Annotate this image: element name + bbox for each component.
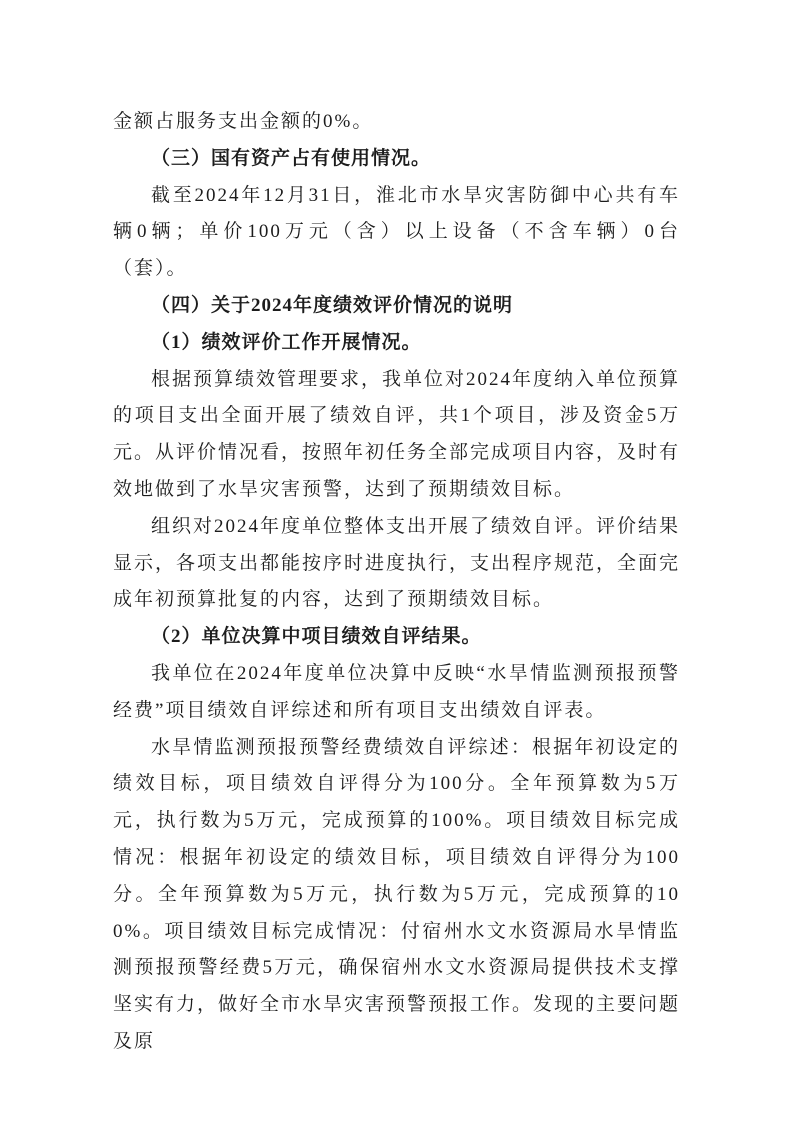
- section-heading: （四）关于2024年度绩效评价情况的说明: [113, 288, 680, 325]
- document-page: 金额占服务支出金额的0%。（三）国有资产占有使用情况。截至2024年12月31日…: [0, 0, 793, 1122]
- section-heading: （2）单位决算中项目绩效自评结果。: [113, 619, 680, 656]
- paragraph: 截至2024年12月31日，淮北市水旱灾害防御中心共有车辆0辆；单价100万元（…: [113, 178, 680, 288]
- paragraph: 水旱情监测预报预警经费绩效自评综述：根据年初设定的绩效目标，项目绩效自评得分为1…: [113, 730, 680, 1061]
- paragraph: 组织对2024年度单位整体支出开展了绩效自评。评价结果显示，各项支出都能按序时进…: [113, 509, 680, 619]
- paragraph: 金额占服务支出金额的0%。: [113, 104, 680, 141]
- section-heading: （1）绩效评价工作开展情况。: [113, 325, 680, 362]
- document-body: 金额占服务支出金额的0%。（三）国有资产占有使用情况。截至2024年12月31日…: [113, 104, 680, 1061]
- section-heading: （三）国有资产占有使用情况。: [113, 141, 680, 178]
- paragraph: 我单位在2024年度单位决算中反映“水旱情监测预报预警经费”项目绩效自评综述和所…: [113, 656, 680, 730]
- paragraph: 根据预算绩效管理要求，我单位对2024年度纳入单位预算的项目支出全面开展了绩效自…: [113, 362, 680, 509]
